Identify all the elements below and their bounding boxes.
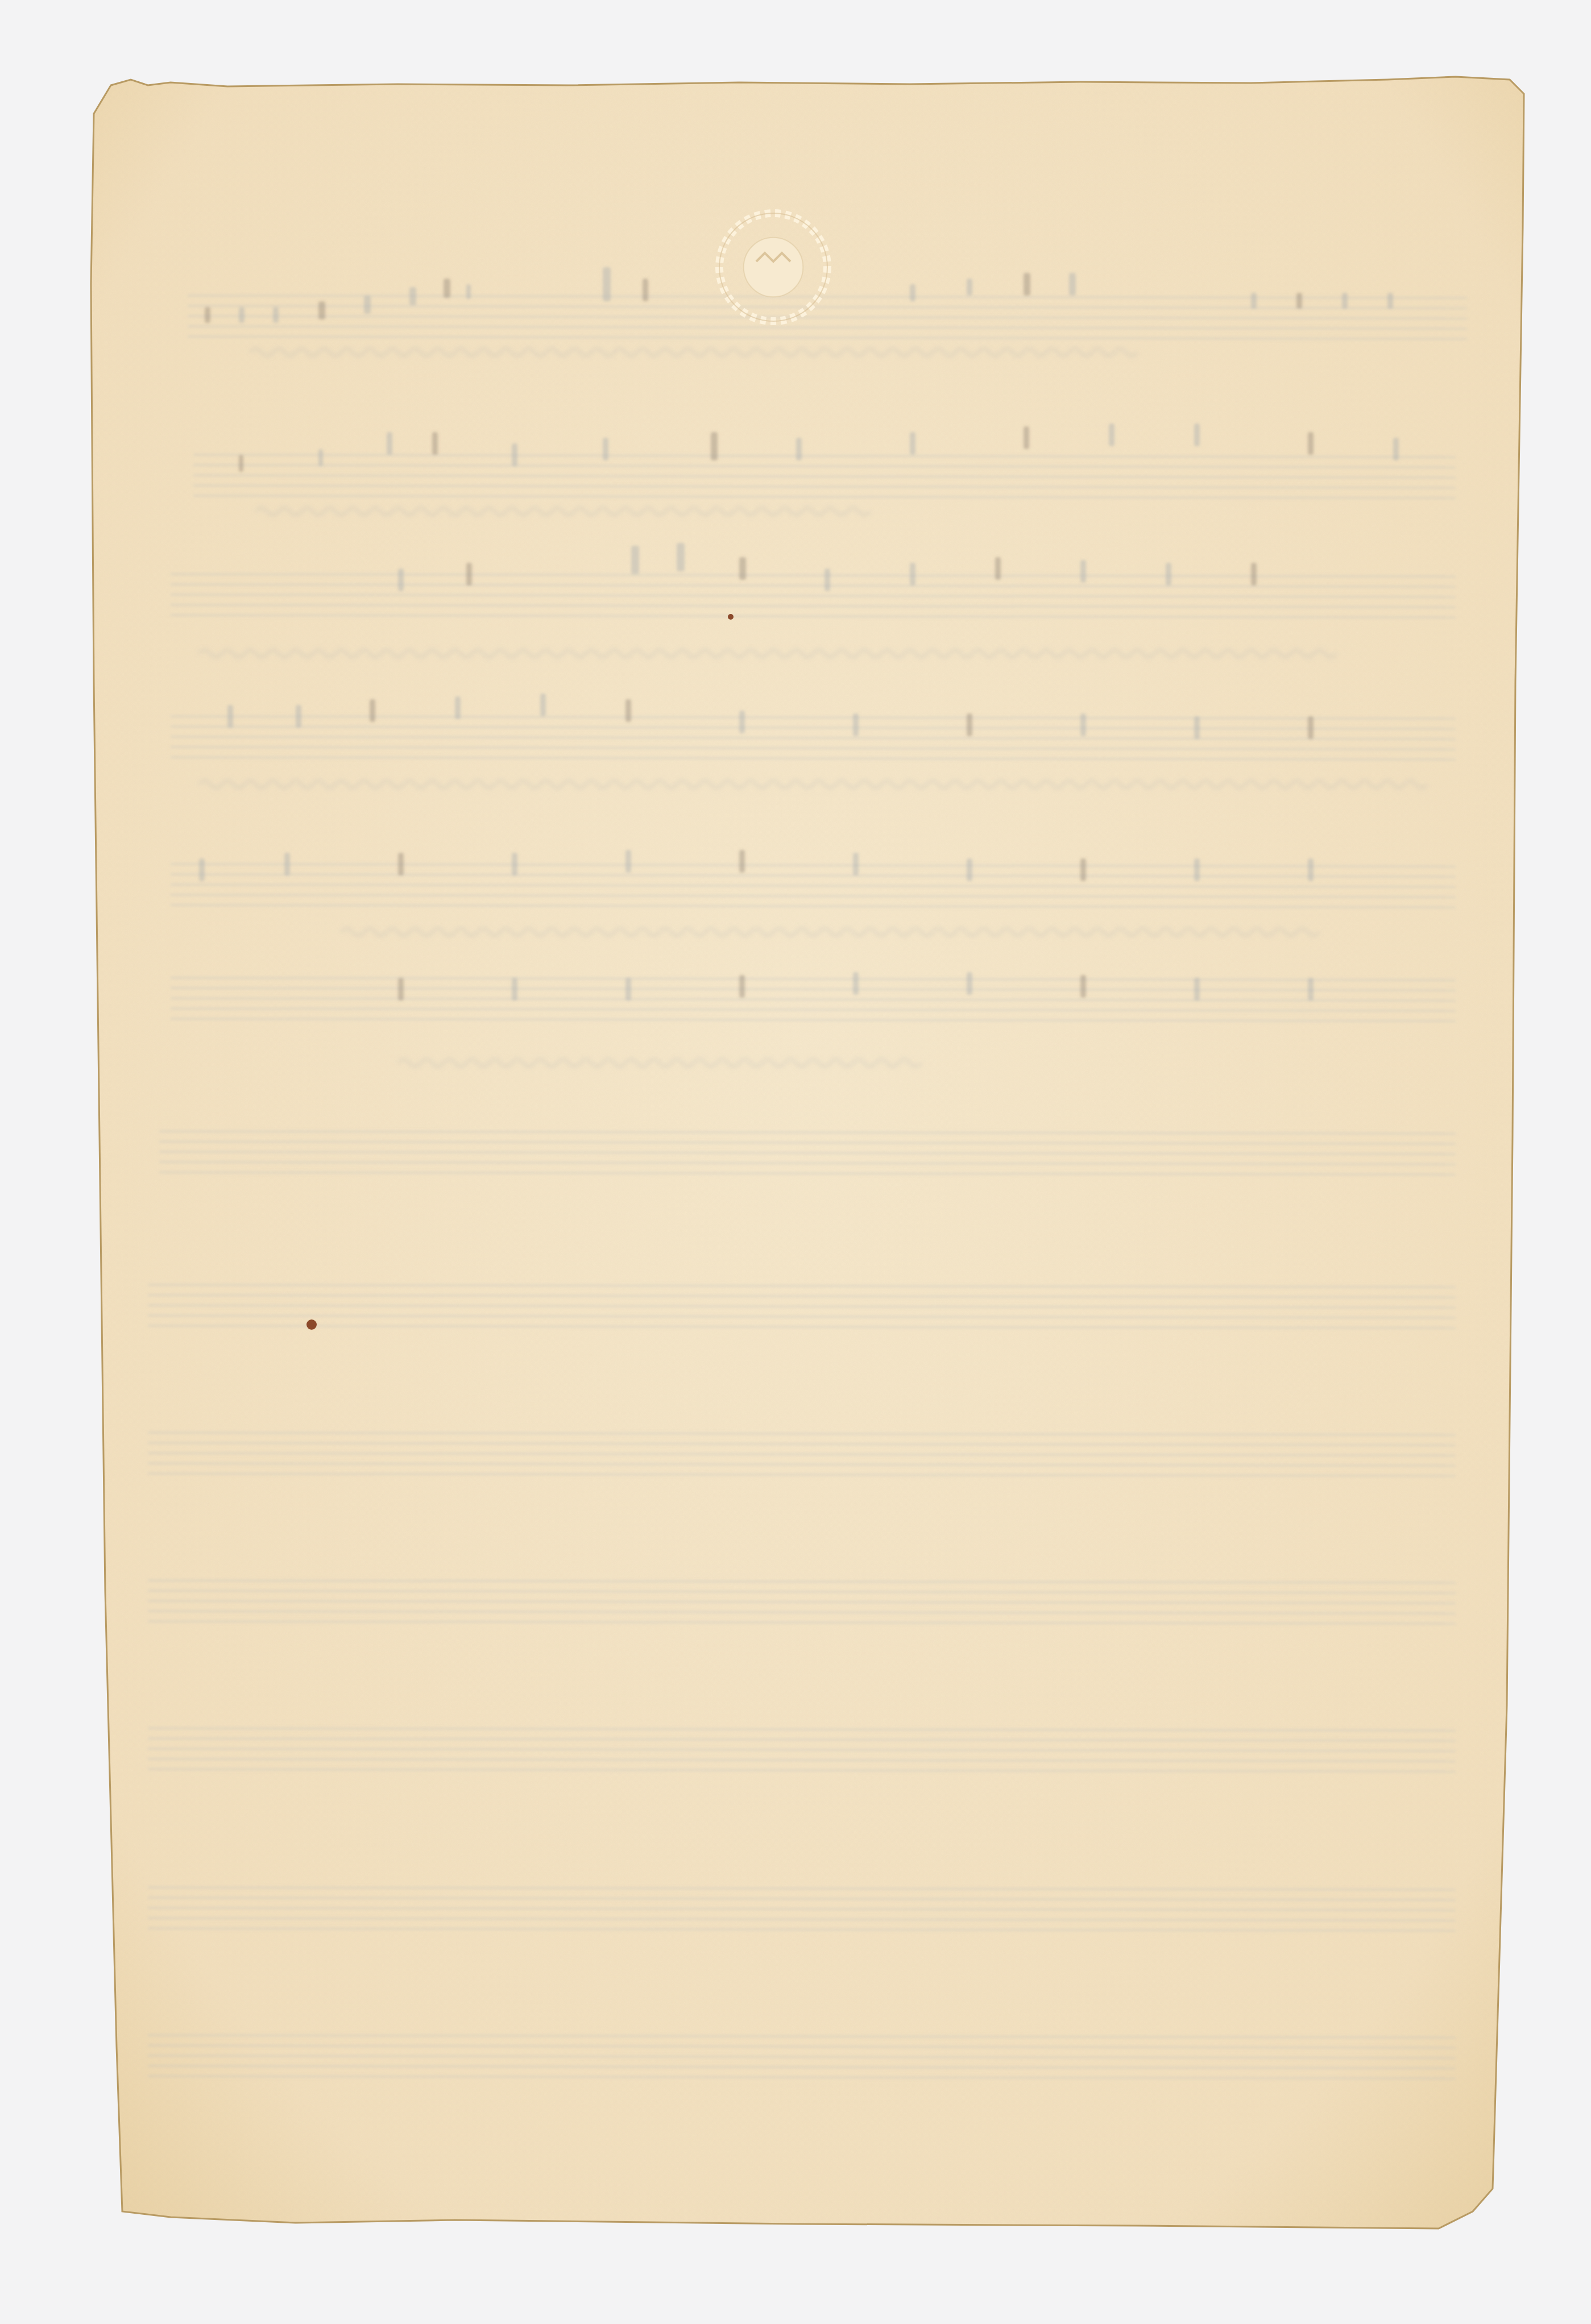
- note-mark: [1166, 563, 1171, 586]
- note-mark: [967, 858, 972, 881]
- note-mark: [910, 432, 915, 455]
- note-mark: [643, 279, 648, 301]
- note-mark: [284, 853, 290, 875]
- note-mark: [273, 307, 279, 323]
- note-mark: [677, 543, 685, 571]
- note-mark: [1308, 432, 1314, 455]
- note-mark: [409, 287, 416, 305]
- note-mark: [631, 546, 639, 574]
- note-mark: [853, 713, 859, 736]
- note-mark: [318, 449, 323, 466]
- note-mark: [967, 972, 972, 995]
- note-mark: [711, 432, 718, 460]
- note-mark: [967, 279, 972, 296]
- note-mark: [466, 284, 471, 299]
- note-mark: [603, 267, 611, 301]
- note-mark: [239, 307, 245, 323]
- note-mark: [739, 557, 746, 580]
- note-mark: [1342, 293, 1348, 309]
- note-mark: [910, 563, 915, 586]
- note-mark: [1080, 975, 1086, 998]
- note-mark: [1109, 424, 1114, 446]
- note-mark: [512, 443, 517, 466]
- note-mark: [318, 301, 325, 319]
- note-mark: [444, 279, 450, 298]
- note-mark: [512, 853, 517, 875]
- note-mark: [739, 711, 745, 733]
- note-mark: [1387, 293, 1393, 309]
- note-mark: [1069, 273, 1076, 296]
- note-mark: [466, 563, 472, 586]
- note-mark: [1080, 858, 1086, 881]
- note-mark: [296, 705, 301, 728]
- note-mark: [398, 568, 404, 591]
- note-mark: [1080, 713, 1086, 736]
- note-mark: [1308, 716, 1314, 739]
- note-mark: [1194, 858, 1200, 881]
- note-mark: [540, 694, 546, 716]
- note-mark: [739, 850, 745, 873]
- note-mark: [995, 557, 1001, 580]
- note-mark: [1194, 424, 1200, 446]
- note-mark: [824, 568, 830, 591]
- note-mark: [603, 438, 608, 460]
- note-mark: [239, 455, 243, 472]
- note-mark: [455, 696, 461, 719]
- stain-spot: [728, 614, 734, 620]
- note-mark: [1251, 563, 1257, 586]
- note-mark: [625, 978, 631, 1001]
- note-mark: [364, 296, 371, 314]
- note-mark: [199, 858, 205, 881]
- note-mark: [227, 705, 233, 728]
- note-mark: [796, 438, 802, 460]
- scanned-manuscript-page: [0, 0, 1591, 2324]
- note-mark: [432, 432, 438, 455]
- note-mark: [739, 975, 745, 998]
- paper-leaf: [0, 0, 1591, 2324]
- stain-spot: [306, 1319, 317, 1330]
- note-mark: [387, 432, 392, 455]
- note-mark: [370, 699, 375, 722]
- note-mark: [1308, 858, 1314, 881]
- note-mark: [1194, 716, 1200, 739]
- note-mark: [853, 972, 859, 995]
- note-mark: [398, 853, 404, 875]
- note-mark: [910, 284, 915, 301]
- note-mark: [625, 699, 631, 722]
- note-mark: [853, 853, 859, 875]
- note-mark: [1393, 438, 1399, 460]
- note-mark: [1024, 426, 1029, 449]
- note-mark: [1308, 978, 1314, 1001]
- note-mark: [1080, 560, 1086, 583]
- note-mark: [512, 978, 517, 1001]
- note-mark: [398, 978, 404, 1001]
- note-mark: [205, 307, 210, 323]
- note-mark: [625, 850, 631, 873]
- note-mark: [1251, 293, 1257, 309]
- note-mark: [1024, 273, 1030, 296]
- note-mark: [1194, 978, 1200, 1001]
- note-mark: [1296, 293, 1302, 309]
- note-mark: [967, 713, 972, 736]
